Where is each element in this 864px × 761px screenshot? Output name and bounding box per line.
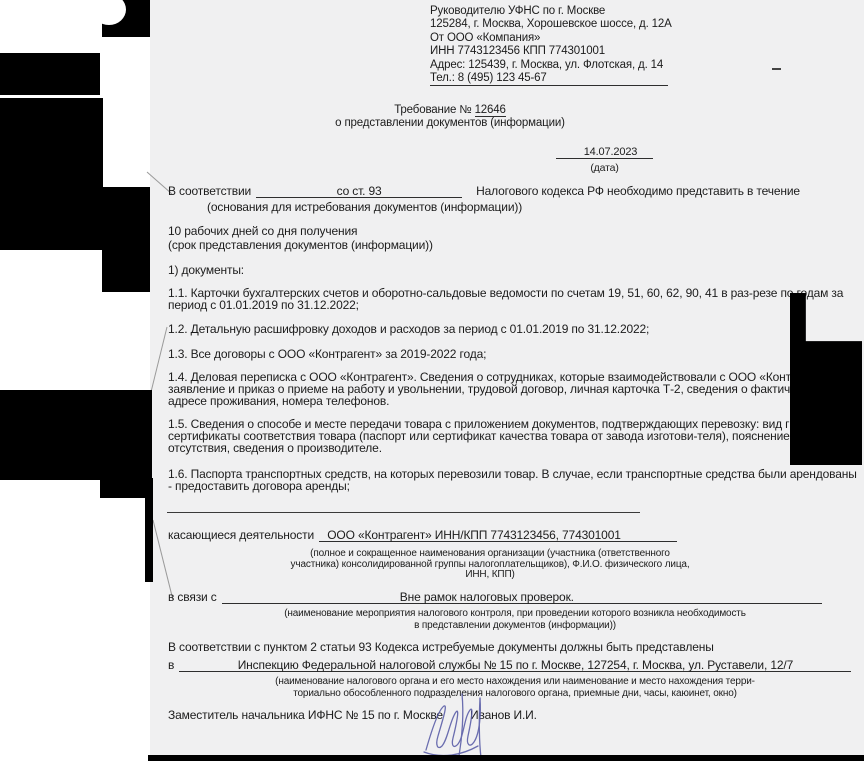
connection-label: в связи с [168, 590, 217, 604]
scan-artifact-blob [0, 390, 152, 480]
recipient-block: Руководителю УФНС по г. Москве 125284, г… [430, 5, 672, 86]
submission-caption: (наименование налогового органа и его ме… [190, 676, 840, 700]
basis-caption: (основания для истребования документов (… [207, 201, 522, 213]
concerning-caption-line: (полное и сокращенное наименования орган… [245, 549, 735, 560]
date-field: 14.07.2023 [556, 146, 653, 159]
connection-caption: (наименование мероприятия налогового кон… [190, 608, 840, 632]
document-item: 1.5. Сведения о способе и месте передачи… [168, 418, 862, 454]
margin-dash [772, 68, 781, 70]
submission-intro: В соответствии с пунктом 2 статьи 93 Код… [168, 641, 714, 653]
date-caption: (дата) [556, 162, 653, 174]
requirement-subtitle: о представлении документов (информации) [230, 117, 670, 130]
documents-heading: 1) документы: [168, 264, 244, 276]
concerning-line: касающиеся деятельности ООО «Контрагент»… [168, 529, 677, 542]
basis-line: В соответствиисо ст. 93Налогового кодекс… [168, 185, 862, 198]
basis-blank: со ст. 93 [256, 185, 462, 198]
connection-caption-line: (наименование мероприятия налогового кон… [190, 608, 840, 620]
submission-label: в [168, 658, 174, 672]
concerning-label: касающиеся деятельности [168, 528, 314, 542]
separator-rule [167, 512, 640, 513]
concerning-caption: (полное и сокращенное наименования орган… [245, 549, 735, 581]
recipient-line: Руководителю УФНС по г. Москве [430, 5, 672, 18]
requirement-title: Требование № 12646 [230, 104, 670, 117]
scan-artifact-blob [0, 53, 100, 95]
signature-scribble [418, 692, 506, 760]
requirement-title-block: Требование № 12646 о представлении докум… [230, 104, 670, 130]
scan-artifact-blob [102, 187, 150, 292]
submission-value: Инспекцию Федеральной налоговой службы №… [179, 659, 851, 672]
recipient-phone-line: Тел.: 8 (495) 123 45-67 [430, 72, 668, 86]
document-item: 1.4. Деловая переписка с ООО «Контрагент… [168, 371, 862, 407]
term-caption: (срок представления документов (информац… [168, 239, 433, 251]
connection-caption-line: в представлении документов (информации)) [190, 620, 840, 632]
scan-artifact-strip [145, 478, 153, 582]
scanned-document: Руководителю УФНС по г. Москве 125284, г… [0, 0, 864, 761]
scan-artifact-bottom-bar [148, 755, 864, 761]
submission-caption-line: (наименование налогового органа и его ме… [190, 676, 840, 688]
signatory-position: Заместитель начальника ИФНС № 15 по г. М… [168, 709, 443, 721]
requirement-title-prefix: Требование № [394, 104, 474, 116]
document-item: 1.6. Паспорта транспортных средств, на к… [168, 469, 862, 492]
submission-caption-line: ториально обособленного подразделения на… [190, 688, 840, 700]
document-item: 1.1. Карточки бухгалтерских счетов и обо… [168, 288, 862, 311]
recipient-line: 125284, г. Москва, Хорошевское шоссе, д.… [430, 18, 672, 31]
document-item: 1.3. Все договоры с ООО «Контрагент» за … [168, 348, 862, 360]
submission-line: в Инспекцию Федеральной налоговой службы… [168, 659, 851, 672]
recipient-line: От ООО «Компания» [430, 32, 672, 45]
scan-artifact-blob [0, 98, 103, 250]
term-value: 10 рабочих дней со дня получения [168, 225, 357, 237]
concerning-value: ООО «Контрагент» ИНН/КПП 7743123456, 774… [319, 529, 677, 542]
recipient-line: Адрес: 125439, г. Москва, ул. Флотская, … [430, 59, 672, 72]
connection-value: Вне рамок налоговых проверок. [222, 591, 822, 604]
basis-suffix: Налогового кодекса РФ необходимо предста… [476, 184, 800, 198]
requirement-number: 12646 [475, 104, 506, 117]
basis-label: В соответствии [168, 184, 251, 198]
connection-line: в связи с Вне рамок налоговых проверок. [168, 591, 822, 604]
concerning-caption-line: ИНН, КПП) [245, 570, 735, 581]
document-item: 1.2. Детальную расшифровку доходов и рас… [168, 323, 862, 335]
recipient-line: ИНН 7743123456 КПП 774301001 [430, 45, 672, 58]
